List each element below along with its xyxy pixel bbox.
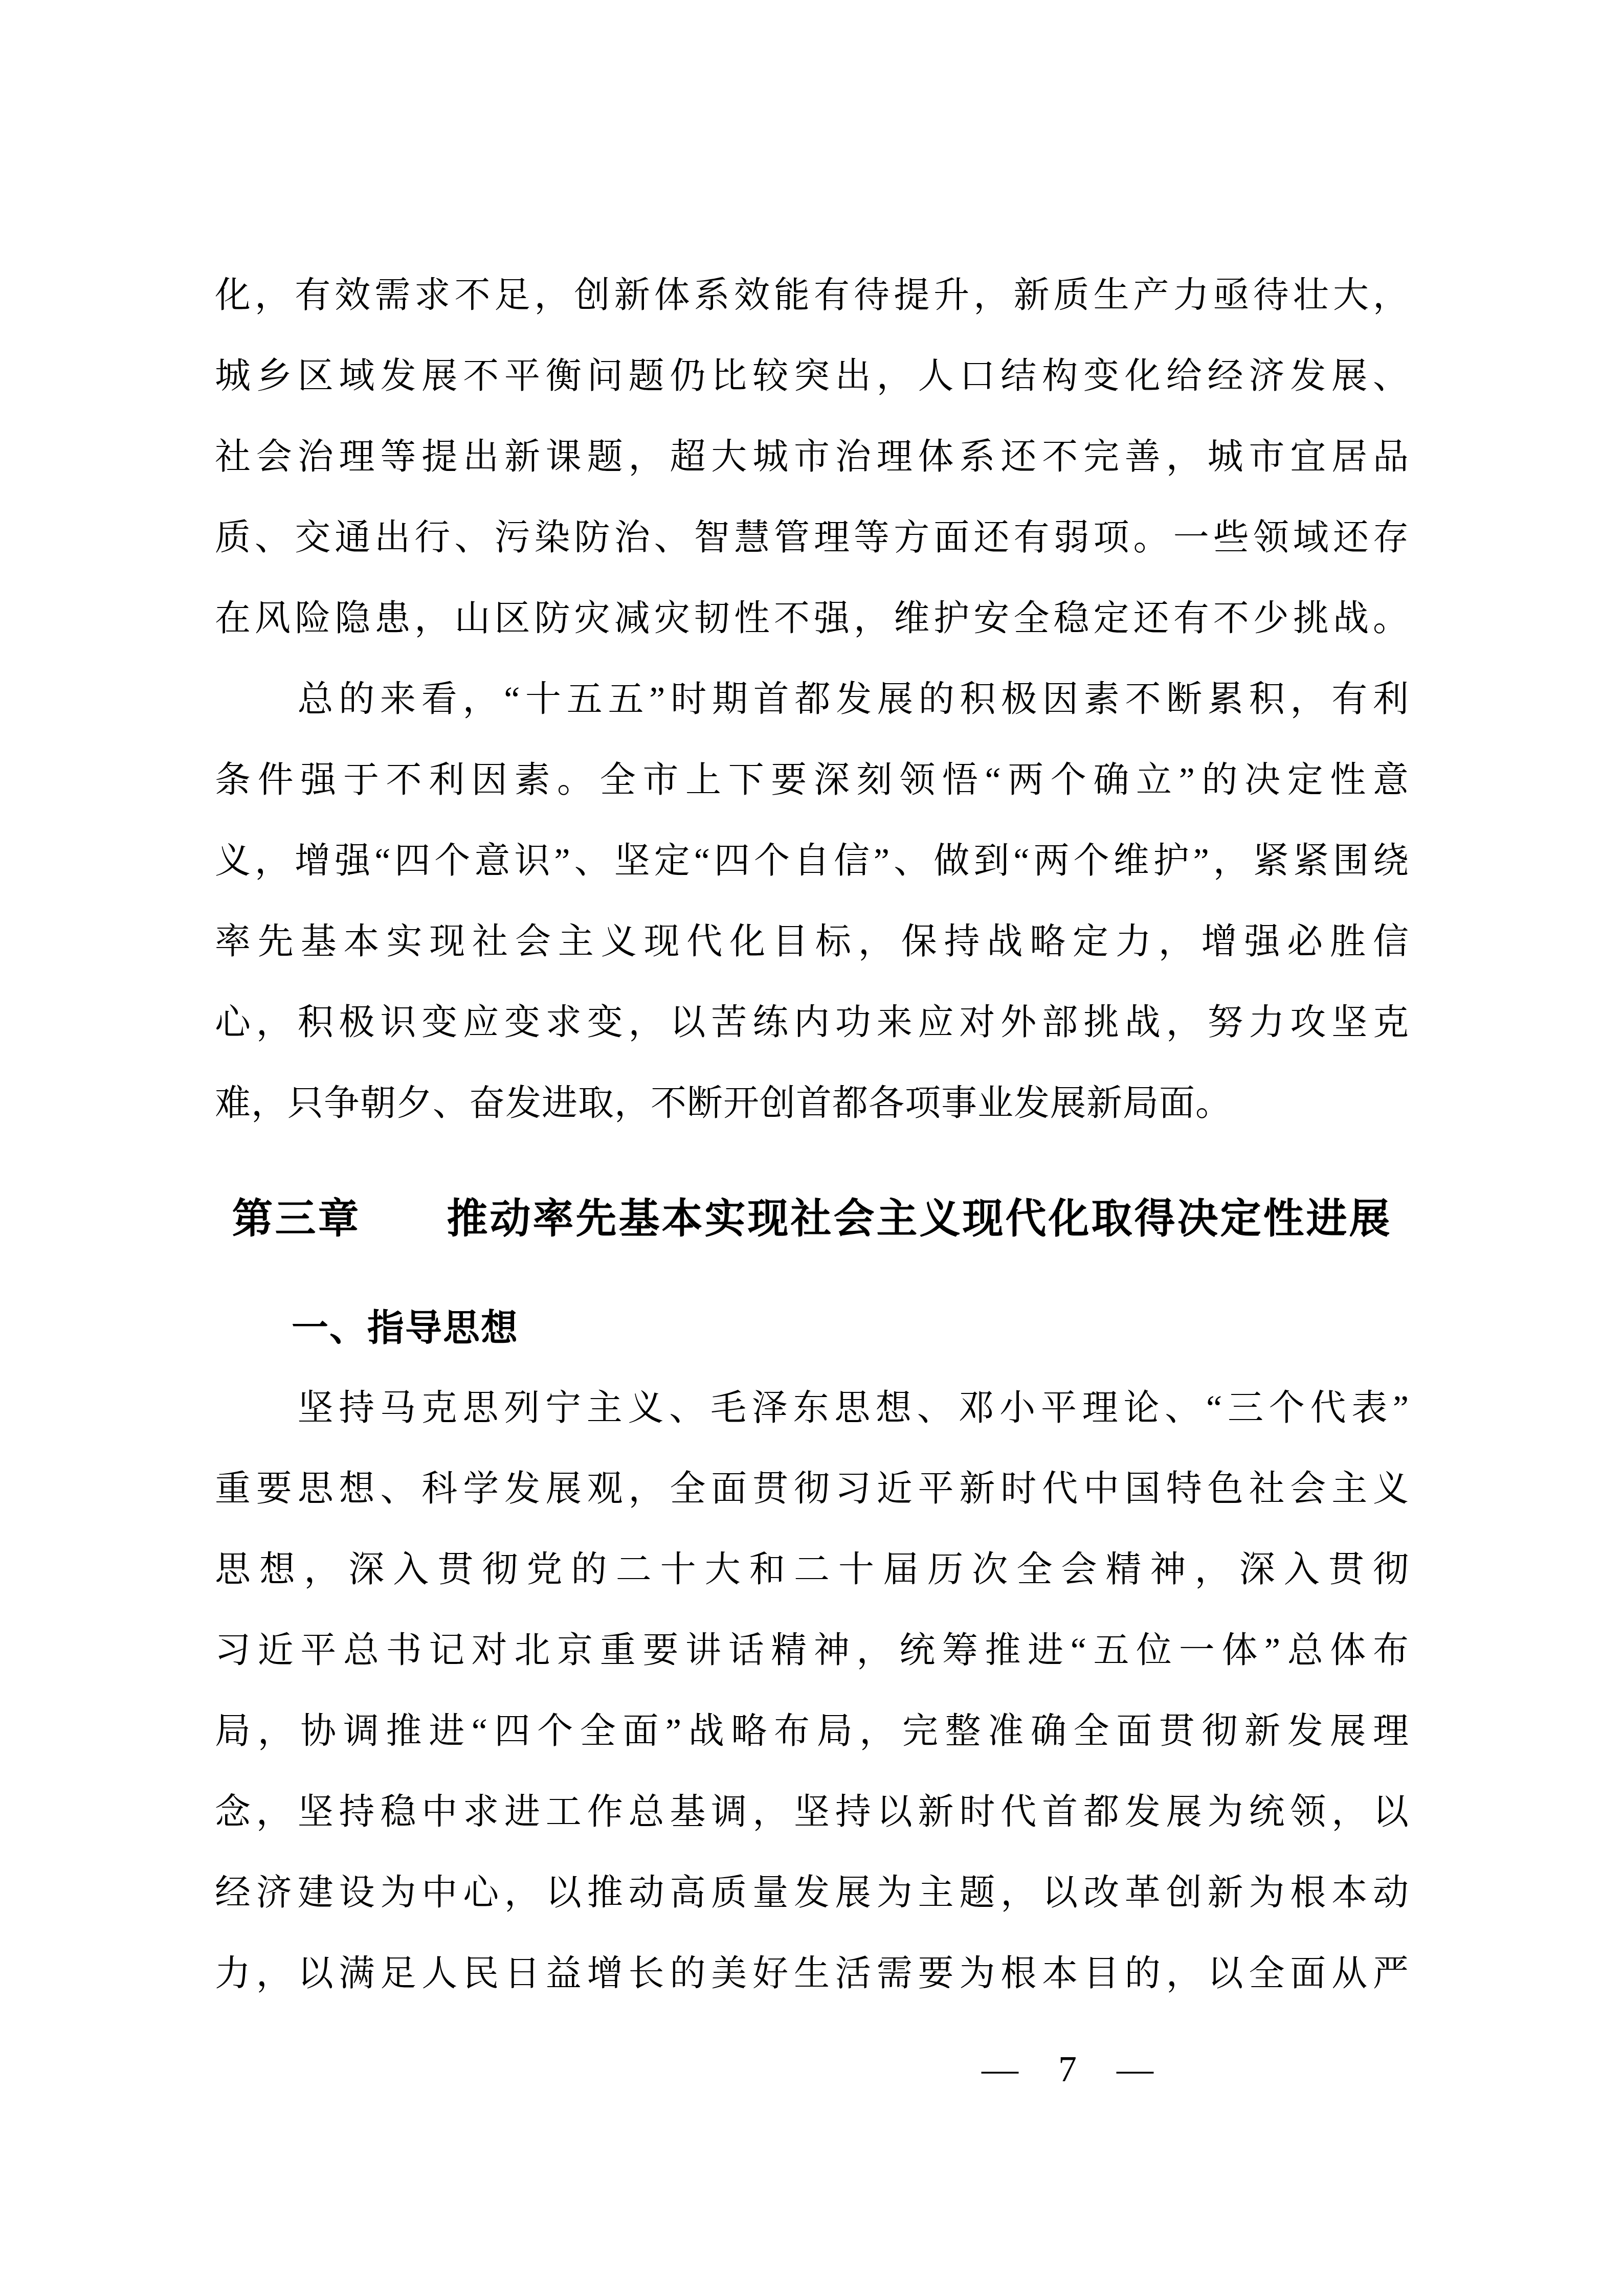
body-line: 念，坚持稳中求进工作总基调，坚持以新时代首都发展为统领，以 bbox=[215, 1772, 1409, 1853]
body-line: 思想，深入贯彻党的二十大和二十届历次全会精神，深入贯彻 bbox=[215, 1530, 1409, 1611]
text-block: 化，有效需求不足，创新体系效能有待提升，新质生产力亟待壮大， 城乡区域发展不平衡… bbox=[0, 0, 1624, 2092]
body-line: 质、交通出行、污染防治、智慧管理等方面还有弱项。一些领域还存 bbox=[215, 498, 1409, 579]
body-line: 难，只争朝夕、奋发进取，不断开创首都各项事业发展新局面。 bbox=[215, 1064, 1409, 1144]
document-page: 化，有效需求不足，创新体系效能有待提升，新质生产力亟待壮大， 城乡区域发展不平衡… bbox=[0, 0, 1624, 2296]
body-line: 局，协调推进“四个全面”战略布局，完整准确全面贯彻新发展理 bbox=[215, 1692, 1409, 1772]
body-line: 总的来看，“十五五”时期首都发展的积极因素不断累积，有利 bbox=[215, 660, 1409, 740]
paragraph-3: 坚持马克思列宁主义、毛泽东思想、邓小平理论、“三个代表” 重要思想、科学发展观，… bbox=[215, 1368, 1409, 2015]
section-heading: 一、指导思想 bbox=[215, 1288, 1409, 1368]
page-number: — 7 — bbox=[215, 2045, 1409, 2092]
body-line: 心，积极识变应变求变，以苦练内功来应对外部挑战，努力攻坚克 bbox=[215, 983, 1409, 1064]
chapter-heading: 第三章 推动率先基本实现社会主义现代化取得决定性进展 bbox=[215, 1175, 1409, 1262]
body-line: 化，有效需求不足，创新体系效能有待提升，新质生产力亟待壮大， bbox=[215, 256, 1409, 336]
body-line: 社会治理等提出新课题，超大城市治理体系还不完善，城市宜居品 bbox=[215, 417, 1409, 498]
body-line: 条件强于不利因素。全市上下要深刻领悟“两个确立”的决定性意 bbox=[215, 740, 1409, 821]
body-line: 义，增强“四个意识”、坚定“四个自信”、做到“两个维护”，紧紧围绕 bbox=[215, 821, 1409, 902]
body-line: 经济建设为中心，以推动高质量发展为主题，以改革创新为根本动 bbox=[215, 1853, 1409, 1934]
body-line: 在风险隐患，山区防灾减灾韧性不强，维护安全稳定还有不少挑战。 bbox=[215, 579, 1409, 660]
body-line: 坚持马克思列宁主义、毛泽东思想、邓小平理论、“三个代表” bbox=[215, 1368, 1409, 1449]
paragraph-1: 化，有效需求不足，创新体系效能有待提升，新质生产力亟待壮大， 城乡区域发展不平衡… bbox=[215, 256, 1409, 660]
body-line: 城乡区域发展不平衡问题仍比较突出，人口结构变化给经济发展、 bbox=[215, 336, 1409, 417]
body-line: 力，以满足人民日益增长的美好生活需要为根本目的，以全面从严 bbox=[215, 1934, 1409, 2015]
body-line: 习近平总书记对北京重要讲话精神，统筹推进“五位一体”总体布 bbox=[215, 1611, 1409, 1692]
paragraph-2: 总的来看，“十五五”时期首都发展的积极因素不断累积，有利 条件强于不利因素。全市… bbox=[215, 660, 1409, 1144]
body-line: 重要思想、科学发展观，全面贯彻习近平新时代中国特色社会主义 bbox=[215, 1449, 1409, 1530]
body-line: 率先基本实现社会主义现代化目标，保持战略定力，增强必胜信 bbox=[215, 902, 1409, 983]
